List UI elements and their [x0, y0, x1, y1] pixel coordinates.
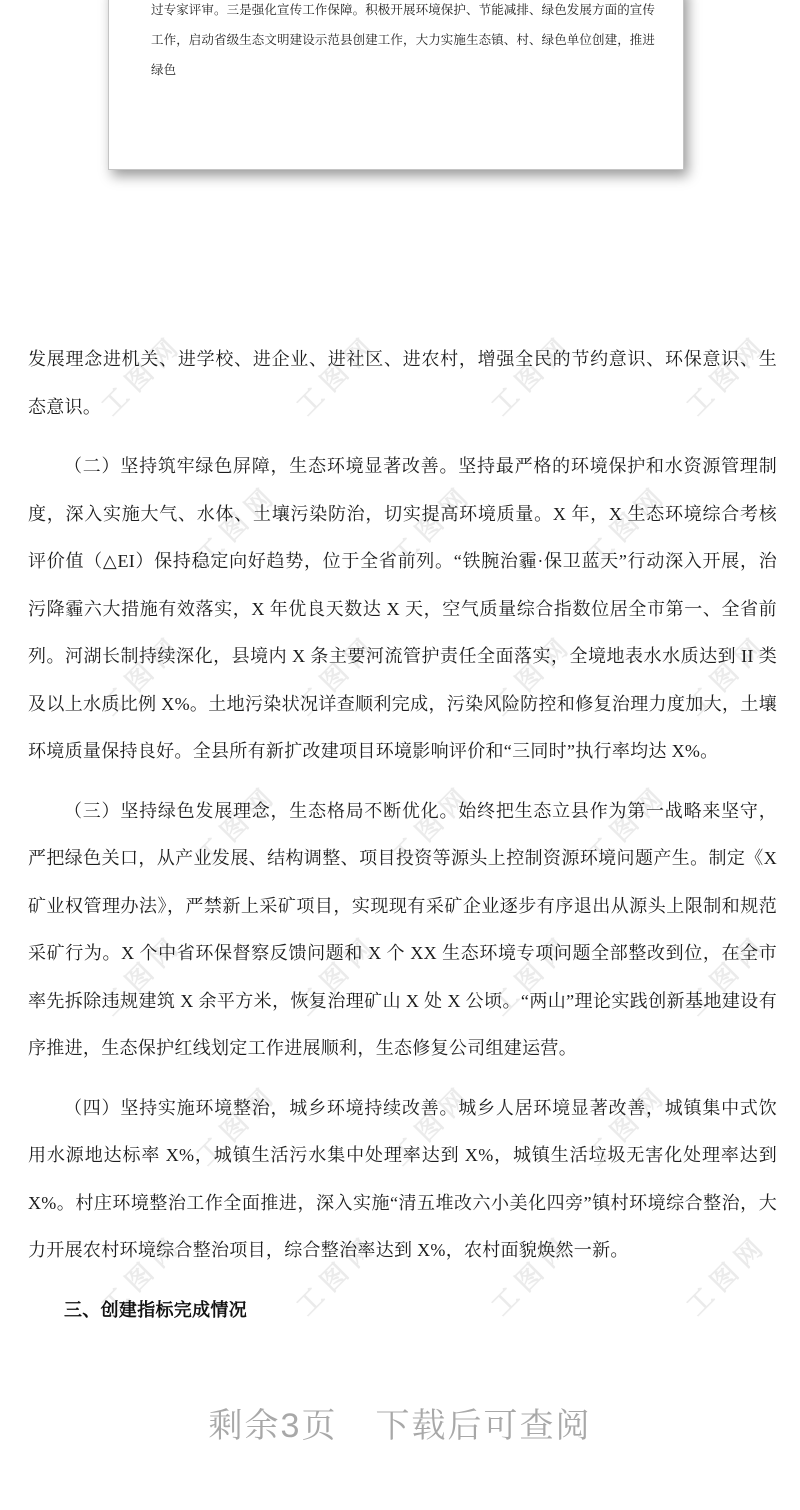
- previous-page-text: 过专家评审。三是强化宣传工作保障。积极开展环境保护、节能减排、绿色发展方面的宣传…: [151, 0, 655, 85]
- previous-page-preview: 过专家评审。三是强化宣传工作保障。积极开展环境保护、节能减排、绿色发展方面的宣传…: [108, 0, 684, 170]
- footer-hint: 剩余3页 下载后可查阅: [0, 1404, 800, 1448]
- download-hint-label: 下载后可查阅: [375, 1404, 591, 1448]
- paragraph: （二）坚持筑牢绿色屏障，生态环境显著改善。坚持最严格的环境保护和水资源管理制度，…: [28, 443, 777, 776]
- paragraph: （三）坚持绿色发展理念，生态格局不断优化。始终把生态立县作为第一战略来坚守，严把…: [28, 788, 777, 1073]
- section-heading: 三、创建指标完成情况: [28, 1287, 777, 1335]
- remaining-pages-label: 剩余3页: [209, 1404, 338, 1448]
- document-page-body: 发展理念进机关、进学校、进企业、进社区、进农村，增强全民的节约意识、环保意识、生…: [28, 336, 777, 1334]
- paragraph: 发展理念进机关、进学校、进企业、进社区、进农村，增强全民的节约意识、环保意识、生…: [28, 336, 777, 431]
- paragraph: （四）坚持实施环境整治，城乡环境持续改善。城乡人居环境显著改善，城镇集中式饮用水…: [28, 1085, 777, 1275]
